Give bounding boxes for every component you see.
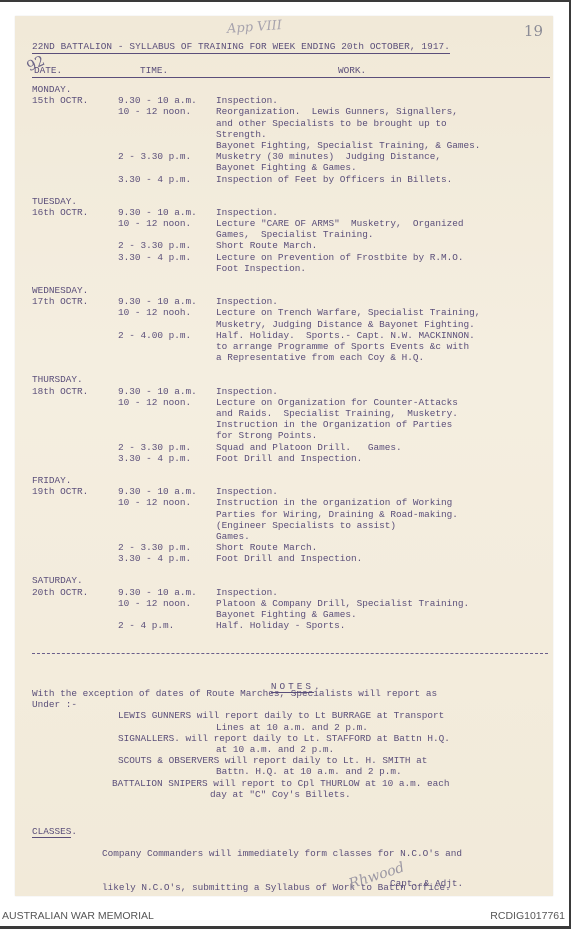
work-line: and Raids. Specialist Training, Musketry… (216, 408, 552, 419)
schedule-slot: 2 - 4 p.m.Half. Holiday - Sports. (32, 620, 552, 631)
notes-line: day at "C" Coy's Billets. (32, 789, 552, 800)
footer-record-id: RCDIG1017761 (490, 910, 565, 922)
slot-date (32, 307, 118, 329)
slot-work: Half. Holiday - Sports. (216, 620, 552, 631)
work-line: Half. Holiday - Sports. (216, 620, 552, 631)
slot-time: 9.30 - 10 a.m. (118, 486, 216, 497)
image-frame-top (0, 0, 571, 2)
schedule-slot: 3.30 - 4 p.m.Lecture on Prevention of Fr… (32, 252, 552, 274)
schedule-slot: 10 - 12 nooh.Lecture on Trench Warfare, … (32, 307, 552, 329)
notes-line: BATTALION SNIPERS will report to Cpl THU… (32, 778, 552, 789)
schedule-day: SATURDAY.20th OCTR.9.30 - 10 a.m.Inspect… (32, 575, 552, 631)
schedule-day: THURSDAY.18th OCTR.9.30 - 10 a.m.Inspect… (32, 374, 552, 464)
slot-work: Inspection. (216, 587, 552, 598)
work-line: Parties for Wiring, Draining & Road-maki… (216, 509, 552, 520)
document-page: 19 App VIII 92 22ND BATTALION - SYLLABUS… (15, 16, 553, 896)
dashed-divider (32, 653, 548, 654)
slot-date (32, 151, 118, 173)
signature-title: Capt. & Adjt. (390, 878, 463, 889)
slot-work: Short Route March. (216, 542, 552, 553)
work-line: Foot Drill and Inspection. (216, 553, 552, 564)
notes-line: LEWIS GUNNERS will report daily to Lt BU… (32, 710, 552, 721)
work-line: Bayonet Fighting & Games. (216, 162, 552, 173)
slot-time: 2 - 3.30 p.m. (118, 442, 216, 453)
slot-work: Inspection. (216, 486, 552, 497)
schedule-slot: 3.30 - 4 p.m.Foot Drill and Inspection. (32, 553, 552, 564)
slot-time: 9.30 - 10 a.m. (118, 386, 216, 397)
work-line: Bayonet Fighting, Specialist Training, &… (216, 140, 552, 151)
schedule-slot: 3.30 - 4 p.m.Inspection of Feet by Offic… (32, 174, 552, 185)
work-line: Games. (216, 531, 552, 542)
work-line: Inspection. (216, 296, 552, 307)
pencil-annotation: App VIII (227, 18, 283, 37)
schedule-day: WEDNESDAY.17th OCTR.9.30 - 10 a.m.Inspec… (32, 285, 552, 363)
slot-work: Platoon & Company Drill, Specialist Trai… (216, 598, 552, 620)
slot-date: 17th OCTR. (32, 296, 118, 307)
column-header-work: WORK. (338, 65, 366, 76)
slot-work: Inspection of Feet by Officers in Billet… (216, 174, 552, 185)
work-line: Inspection. (216, 95, 552, 106)
slot-work: Reorganization. Lewis Gunners, Signaller… (216, 106, 552, 151)
notes-section: With the exception of dates of Route Mar… (32, 688, 552, 800)
schedule-slot: 10 - 12 noon.Lecture on Organization for… (32, 397, 552, 442)
work-line: Reorganization. Lewis Gunners, Signaller… (216, 106, 552, 117)
slot-date (32, 106, 118, 151)
notes-line: With the exception of dates of Route Mar… (32, 688, 552, 699)
work-line: Short Route March. (216, 240, 552, 251)
slot-time: 3.30 - 4 p.m. (118, 174, 216, 185)
slot-time: 9.30 - 10 a.m. (118, 207, 216, 218)
work-line: Foot Drill and Inspection. (216, 453, 552, 464)
work-line: to arrange Programme of Sports Events &c… (216, 341, 552, 352)
day-name: TUESDAY. (32, 196, 552, 207)
page-number: 19 (524, 22, 543, 40)
notes-line: Battn. H.Q. at 10 a.m. and 2 p.m. (32, 766, 552, 777)
day-name: THURSDAY. (32, 374, 552, 385)
schedule-day: MONDAY.15th OCTR.9.30 - 10 a.m.Inspectio… (32, 84, 552, 185)
work-line: Foot Inspection. (216, 263, 552, 274)
work-line: Lecture on Trench Warfare, Specialist Tr… (216, 307, 552, 318)
notes-line: Under :- (32, 699, 552, 710)
slot-work: Foot Drill and Inspection. (216, 453, 552, 464)
work-line: a Representative from each Coy & H.Q. (216, 352, 552, 363)
slot-time: 2 - 3.30 p.m. (118, 542, 216, 553)
work-line: Inspection. (216, 207, 552, 218)
work-line: Bayonet Fighting & Games. (216, 609, 552, 620)
notes-line: SCOUTS & OBSERVERS will report daily to … (32, 755, 552, 766)
slot-time: 2 - 4 p.m. (118, 620, 216, 631)
classes-label: CLASSES. (32, 826, 102, 916)
schedule-slot: 19th OCTR.9.30 - 10 a.m.Inspection. (32, 486, 552, 497)
slot-time: 10 - 12 noon. (118, 497, 216, 542)
schedule-day: TUESDAY.16th OCTR.9.30 - 10 a.m.Inspecti… (32, 196, 552, 274)
work-line: Games, Specialist Training. (216, 229, 552, 240)
slot-time: 2 - 3.30 p.m. (118, 151, 216, 173)
work-line: Short Route March. (216, 542, 552, 553)
slot-date (32, 453, 118, 464)
slot-time: 10 - 12 nooh. (118, 307, 216, 329)
slot-date (32, 497, 118, 542)
work-line: Inspection. (216, 587, 552, 598)
work-line: for Strong Points. (216, 430, 552, 441)
work-line: Inspection. (216, 386, 552, 397)
work-line: Strength. (216, 129, 552, 140)
schedule-slot: 15th OCTR.9.30 - 10 a.m.Inspection. (32, 95, 552, 106)
slot-date (32, 330, 118, 364)
slot-date (32, 553, 118, 564)
day-name: WEDNESDAY. (32, 285, 552, 296)
schedule-slot: 2 - 4.00 p.m.Half. Holiday. Sports.- Cap… (32, 330, 552, 364)
slot-work: Inspection. (216, 296, 552, 307)
slot-work: Inspection. (216, 386, 552, 397)
slot-time: 9.30 - 10 a.m. (118, 296, 216, 307)
work-line: (Engineer Specialists to assist) (216, 520, 552, 531)
work-line: Inspection of Feet by Officers in Billet… (216, 174, 552, 185)
slot-work: Instruction in the organization of Worki… (216, 497, 552, 542)
slot-date (32, 598, 118, 620)
slot-time: 3.30 - 4 p.m. (118, 553, 216, 564)
schedule-slot: 10 - 12 noon.Reorganization. Lewis Gunne… (32, 106, 552, 151)
footer-institution: AUSTRALIAN WAR MEMORIAL (2, 910, 154, 922)
schedule-slot: 16th OCTR.9.30 - 10 a.m.Inspection. (32, 207, 552, 218)
training-schedule: MONDAY.15th OCTR.9.30 - 10 a.m.Inspectio… (32, 84, 552, 642)
slot-time: 3.30 - 4 p.m. (118, 252, 216, 274)
schedule-slot: 10 - 12 noon.Platoon & Company Drill, Sp… (32, 598, 552, 620)
slot-work: Lecture on Trench Warfare, Specialist Tr… (216, 307, 552, 329)
work-line: Inspection. (216, 486, 552, 497)
work-line: Lecture on Prevention of Frostbite by R.… (216, 252, 552, 263)
slot-time: 2 - 4.00 p.m. (118, 330, 216, 364)
slot-work: Lecture "CARE OF ARMS" Musketry, Organiz… (216, 218, 552, 240)
slot-date (32, 240, 118, 251)
schedule-day: FRIDAY.19th OCTR.9.30 - 10 a.m.Inspectio… (32, 475, 552, 565)
slot-work: Inspection. (216, 95, 552, 106)
day-name: FRIDAY. (32, 475, 552, 486)
document-title: 22ND BATTALION - SYLLABUS OF TRAINING FO… (32, 41, 450, 54)
slot-work: Short Route March. (216, 240, 552, 251)
slot-work: Lecture on Prevention of Frostbite by R.… (216, 252, 552, 274)
schedule-slot: 2 - 3.30 p.m.Short Route March. (32, 240, 552, 251)
slot-date (32, 397, 118, 442)
work-line: Squad and Platoon Drill. Games. (216, 442, 552, 453)
schedule-slot: 10 - 12 noon.Lecture "CARE OF ARMS" Musk… (32, 218, 552, 240)
schedule-slot: 2 - 3.30 p.m.Musketry (30 minutes) Judgi… (32, 151, 552, 173)
slot-date (32, 252, 118, 274)
slot-date: 16th OCTR. (32, 207, 118, 218)
notes-line: at 10 a.m. and 2 p.m. (32, 744, 552, 755)
day-name: MONDAY. (32, 84, 552, 95)
slot-time: 10 - 12 noon. (118, 397, 216, 442)
slot-work: Squad and Platoon Drill. Games. (216, 442, 552, 453)
schedule-slot: 2 - 3.30 p.m.Squad and Platoon Drill. Ga… (32, 442, 552, 453)
classes-text: Company Commanders will immediately form… (102, 826, 462, 916)
schedule-slot: 20th OCTR.9.30 - 10 a.m.Inspection. (32, 587, 552, 598)
slot-time: 9.30 - 10 a.m. (118, 95, 216, 106)
work-line: Instruction in the organization of Worki… (216, 497, 552, 508)
slot-time: 10 - 12 noon. (118, 598, 216, 620)
slot-date (32, 442, 118, 453)
slot-work: Inspection. (216, 207, 552, 218)
schedule-slot: 17th OCTR.9.30 - 10 a.m.Inspection. (32, 296, 552, 307)
work-line: Musketry (30 minutes) Judging Distance, (216, 151, 552, 162)
classes-section: CLASSES. Company Commanders will immedia… (32, 826, 552, 916)
work-line: Platoon & Company Drill, Specialist Trai… (216, 598, 552, 609)
slot-work: Foot Drill and Inspection. (216, 553, 552, 564)
work-line: and other Specialists to be brought up t… (216, 118, 552, 129)
slot-date (32, 218, 118, 240)
work-line: Musketry, Judging Distance & Bayonet Fig… (216, 319, 552, 330)
slot-time: 10 - 12 noon. (118, 106, 216, 151)
slot-date: 20th OCTR. (32, 587, 118, 598)
slot-work: Lecture on Organization for Counter-Atta… (216, 397, 552, 442)
notes-line: Lines at 10 a.m. and 2 p.m. (32, 722, 552, 733)
day-name: SATURDAY. (32, 575, 552, 586)
schedule-slot: 3.30 - 4 p.m.Foot Drill and Inspection. (32, 453, 552, 464)
column-headers: DATE. TIME. WORK. (32, 65, 550, 78)
column-header-time: TIME. (140, 65, 168, 76)
work-line: Lecture "CARE OF ARMS" Musketry, Organiz… (216, 218, 552, 229)
slot-date (32, 620, 118, 631)
slot-date: 19th OCTR. (32, 486, 118, 497)
slot-work: Half. Holiday. Sports.- Capt. N.W. MACKI… (216, 330, 552, 364)
slot-time: 9.30 - 10 a.m. (118, 587, 216, 598)
work-line: Half. Holiday. Sports.- Capt. N.W. MACKI… (216, 330, 552, 341)
schedule-slot: 18th OCTR.9.30 - 10 a.m.Inspection. (32, 386, 552, 397)
slot-time: 10 - 12 noon. (118, 218, 216, 240)
work-line: Instruction in the Organization of Parti… (216, 419, 552, 430)
schedule-slot: 2 - 3.30 p.m.Short Route March. (32, 542, 552, 553)
slot-time: 2 - 3.30 p.m. (118, 240, 216, 251)
slot-date: 15th OCTR. (32, 95, 118, 106)
work-line: Lecture on Organization for Counter-Atta… (216, 397, 552, 408)
notes-line: SIGNALLERS. will report daily to Lt. STA… (32, 733, 552, 744)
slot-date: 18th OCTR. (32, 386, 118, 397)
slot-date (32, 542, 118, 553)
schedule-slot: 10 - 12 noon.Instruction in the organiza… (32, 497, 552, 542)
slot-work: Musketry (30 minutes) Judging Distance,B… (216, 151, 552, 173)
slot-date (32, 174, 118, 185)
slot-time: 3.30 - 4 p.m. (118, 453, 216, 464)
column-header-date: DATE. (34, 65, 62, 76)
